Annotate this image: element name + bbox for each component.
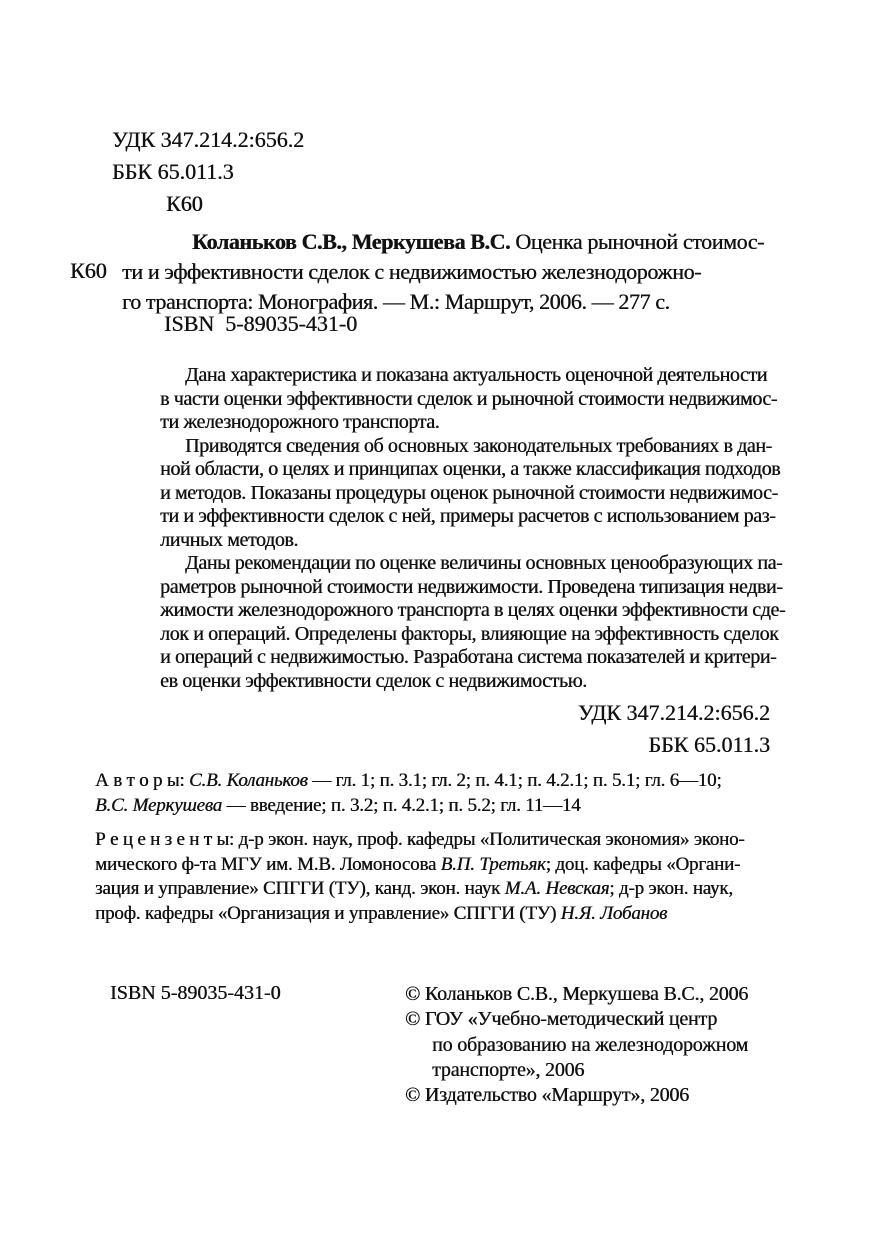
text-segment: А в т о р ы: <box>95 770 189 791</box>
text-line: жимости железнодорожного транспорта в це… <box>160 599 808 623</box>
text-segment: Р е ц е н з е н т ы: д-р экон. наук, про… <box>95 829 744 850</box>
text-line: раметров рыночной стоимости недвижимости… <box>160 576 808 600</box>
text-segment: ; доц. кафедры «Органи- <box>546 854 740 875</box>
bbk-number: ББК 65.011.3 <box>112 156 304 188</box>
text-line: А в т о р ы: С.В. Коланьков — гл. 1; п. … <box>95 768 815 793</box>
text-line: лок и операций. Определены факторы, влия… <box>160 623 808 647</box>
text-segment: мического ф-та МГУ им. М.В. Ломоносова <box>95 854 441 875</box>
text-line: ной области, о целях и принципах оценки,… <box>160 458 808 482</box>
text-line: и методов. Показаны процедуры оценок рын… <box>160 482 808 506</box>
author-sign-code: К60 <box>112 188 304 220</box>
book-imprint-page: УДК 347.214.2:656.2 ББК 65.011.3 К60 К60… <box>0 0 881 1244</box>
paragraph: Дана характеристика и показана актуально… <box>160 364 808 435</box>
text-segment: проф. кафедры «Организация и управление»… <box>95 903 561 924</box>
reviewers-note: Р е ц е н з е н т ы: д-р экон. наук, про… <box>95 828 810 926</box>
text-line: мического ф-та МГУ им. М.В. Ломоносова В… <box>95 853 810 878</box>
paragraph: Даны рекомендации по оценке величины осн… <box>160 552 808 693</box>
paragraph: Приводятся сведения об основных законода… <box>160 435 808 553</box>
text-line: ти и эффективности сделок с недвижимость… <box>122 257 782 287</box>
text-line: Даны рекомендации по оценке величины осн… <box>160 552 808 576</box>
udk-number: УДК 347.214.2:656.2 <box>112 124 304 156</box>
text-segment: — введение; п. 3.2; п. 4.2.1; п. 5.2; гл… <box>222 795 581 816</box>
text-segment: В.С. Меркушева <box>95 795 222 816</box>
authors-note: А в т о р ы: С.В. Коланьков — гл. 1; п. … <box>95 768 815 818</box>
text-segment: Н.Я. Лобанов <box>561 903 667 924</box>
text-line: В.С. Меркушева — введение; п. 3.2; п. 4.… <box>95 793 815 818</box>
classification-block: УДК 347.214.2:656.2 ББК 65.011.3 К60 <box>112 124 304 220</box>
text-line: © Издательство «Маршрут», 2006 <box>405 1083 805 1108</box>
text-line: транспорте», 2006 <box>405 1058 805 1083</box>
text-segment: транспорте», 2006 <box>405 1059 584 1081</box>
text-line: в части оценки эффективности сделок и ры… <box>160 388 808 412</box>
text-segment: Коланьков С.В., Меркушева В.С. <box>192 229 510 254</box>
bbk-number-right: ББК 65.011.3 <box>578 729 770 761</box>
text-segment: М.А. Невская <box>505 878 610 899</box>
text-segment: © Издательство «Маршрут», 2006 <box>405 1084 689 1106</box>
text-segment: © ГОУ «Учебно-методический центр <box>405 1008 717 1030</box>
text-segment: зация и управление» СПГГИ (ТУ), канд. эк… <box>95 878 505 899</box>
text-line: и операций с недвижимостью. Разработана … <box>160 646 808 670</box>
text-line: личных методов. <box>160 529 808 553</box>
text-line: © ГОУ «Учебно-методический центр <box>405 1007 805 1032</box>
text-segment: Оценка рыночной стоимос- <box>510 229 764 254</box>
isbn-entry: ISBN 5-89035-431-0 <box>164 311 357 337</box>
text-segment: ти и эффективности сделок с недвижимость… <box>122 259 701 284</box>
text-segment: © Коланьков С.В., Меркушева В.С., 2006 <box>405 983 748 1005</box>
text-segment: С.В. Коланьков <box>189 770 308 791</box>
entry-margin-code: К60 <box>70 258 107 284</box>
copyright-block: © Коланьков С.В., Меркушева В.С., 2006© … <box>405 982 805 1108</box>
isbn-bottom: ISBN 5-89035-431-0 <box>110 982 281 1005</box>
annotation-text: Дана характеристика и показана актуально… <box>160 364 808 693</box>
text-line: ти и эффективности сделок с ней, примеры… <box>160 505 808 529</box>
text-segment: ; д-р экон. наук, <box>609 878 733 899</box>
text-line: © Коланьков С.В., Меркушева В.С., 2006 <box>405 982 805 1007</box>
text-line: Приводятся сведения об основных законода… <box>160 435 808 459</box>
text-line: ти железнодорожного транспорта. <box>160 411 808 435</box>
bibliographic-entry: Коланьков С.В., Меркушева В.С. Оценка ры… <box>122 227 782 317</box>
text-line: ев оценки эффективности сделок с недвижи… <box>160 670 808 694</box>
text-line: проф. кафедры «Организация и управление»… <box>95 902 810 927</box>
text-segment: по образованию на железнодорожном <box>405 1034 748 1056</box>
text-line: зация и управление» СПГГИ (ТУ), канд. эк… <box>95 877 810 902</box>
text-line: Дана характеристика и показана актуально… <box>160 364 808 388</box>
text-segment: — гл. 1; п. 3.1; гл. 2; п. 4.1; п. 4.2.1… <box>308 770 722 791</box>
text-line: Р е ц е н з е н т ы: д-р экон. наук, про… <box>95 828 810 853</box>
text-line: Коланьков С.В., Меркушева В.С. Оценка ры… <box>122 227 782 257</box>
text-line: по образованию на железнодорожном <box>405 1033 805 1058</box>
udk-number-right: УДК 347.214.2:656.2 <box>578 697 770 729</box>
text-segment: В.П. Третьяк <box>441 854 546 875</box>
classification-block-right: УДК 347.214.2:656.2 ББК 65.011.3 <box>578 697 770 761</box>
